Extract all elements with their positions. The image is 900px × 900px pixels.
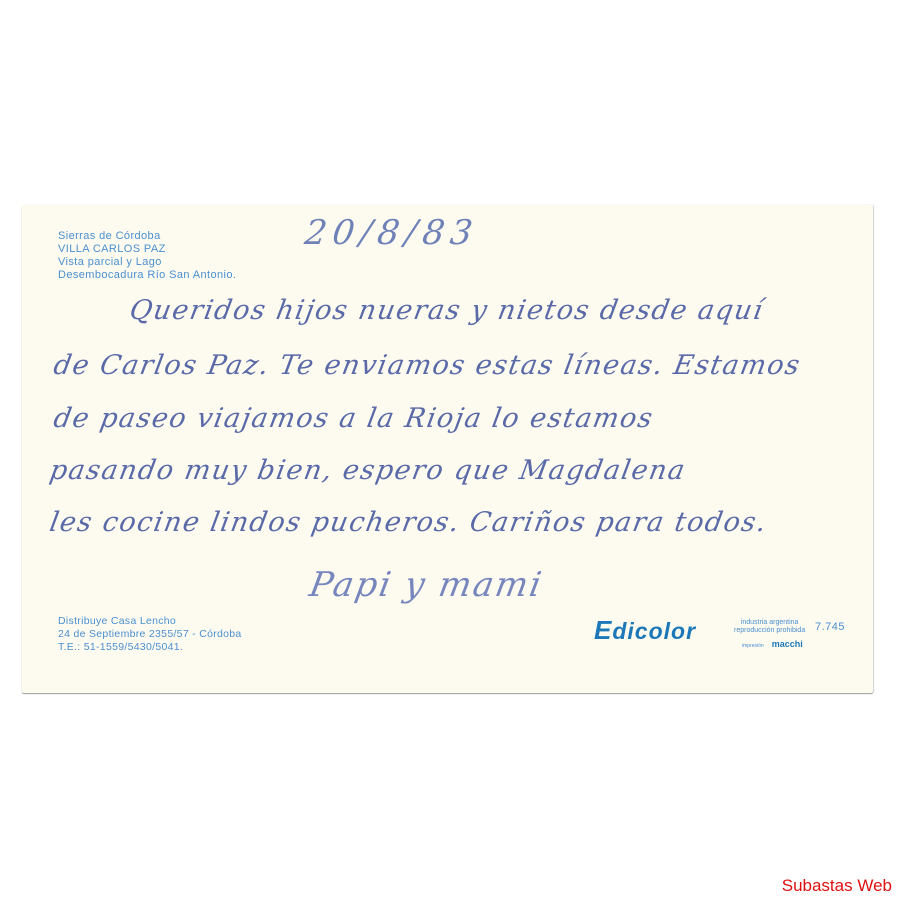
message-line: Queridos hijos nueras y nietos desde aqu… <box>127 295 766 326</box>
caption-town: VILLA CARLOS PAZ <box>58 243 236 256</box>
printer-credit: impresiónmacchi <box>742 639 803 649</box>
handwritten-date: 20/8/83 <box>302 213 481 253</box>
distributor-phone: T.E.: 51-1559/5430/5041. <box>58 641 242 654</box>
location-caption: Sierras de Córdoba VILLA CARLOS PAZ Vist… <box>58 230 236 282</box>
logo-text: dicolor <box>612 618 696 644</box>
imprint-line: industria argentina <box>734 619 805 627</box>
imprint-notice: industria argentina reproducción prohibi… <box>734 619 805 635</box>
message-line: les cocine lindos pucheros. Cariños para… <box>47 507 770 538</box>
caption-region: Sierras de Córdoba <box>58 230 236 243</box>
printer-name: macchi <box>772 639 803 649</box>
edicolor-logo: Edicolor <box>594 615 696 646</box>
printer-prefix: impresión <box>742 643 764 649</box>
signature: Papi y mami <box>306 565 546 605</box>
imprint-line: reproducción prohibida <box>734 627 805 635</box>
message-line: pasando muy bien, espero que Magdalena <box>47 455 688 486</box>
catalog-number: 7.745 <box>815 621 845 633</box>
message-line: de Carlos Paz. Te enviamos estas líneas.… <box>51 350 803 381</box>
distributor-info: Distribuye Casa Lencho 24 de Septiembre … <box>58 615 242 654</box>
caption-detail: Desembocadura Río San Antonio. <box>58 269 236 282</box>
watermark: Subastas Web <box>782 876 892 896</box>
message-line: de paseo viajamos a la Rioja lo estamos <box>51 403 656 434</box>
distributor-address: 24 de Septiembre 2355/57 - Córdoba <box>58 628 242 641</box>
postcard-back: Sierras de Córdoba VILLA CARLOS PAZ Vist… <box>22 205 873 693</box>
edicolor-e-icon: E <box>594 615 612 645</box>
distributor-name: Distribuye Casa Lencho <box>58 615 242 628</box>
caption-view: Vista parcial y Lago <box>58 256 236 269</box>
